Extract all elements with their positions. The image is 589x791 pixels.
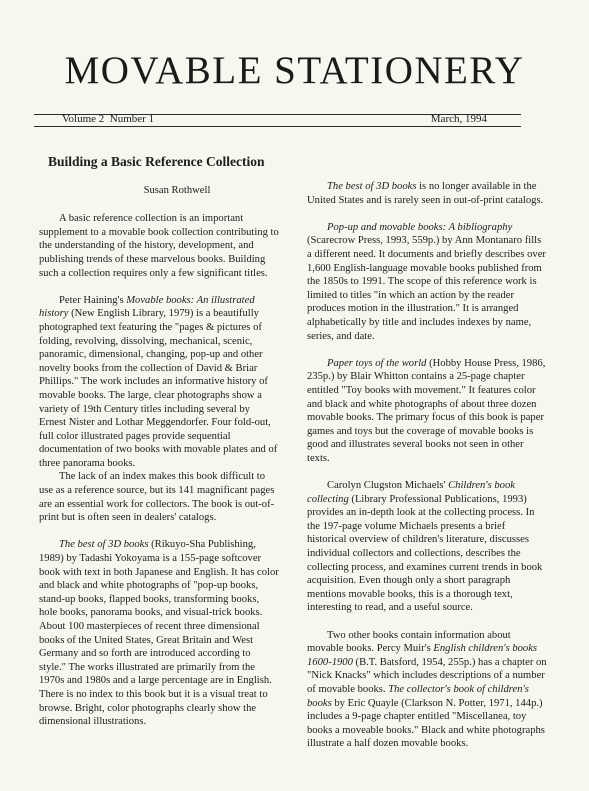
paragraph-text: (Scarecrow Press, 1993, 559p.) by Ann Mo… (307, 235, 546, 341)
paragraph-text: A basic reference collection is an impor… (39, 213, 279, 278)
paragraph-text: by Eric Quayle (Clarkson N. Potter, 1971… (307, 698, 545, 750)
issue-date: March, 1994 (431, 113, 487, 125)
article-paragraph: Peter Haining's Movable books: An illust… (39, 294, 279, 471)
left-column: Building a Basic Reference Collection Su… (39, 150, 279, 742)
paragraph-text: Carolyn Clugston Michaels' (327, 480, 448, 491)
masthead-title: MOVABLE STATIONERY (0, 48, 589, 93)
article-paragraph: A basic reference collection is an impor… (39, 212, 279, 280)
masthead-rule-bottom (34, 126, 521, 127)
article-paragraph: The best of 3D books (Rikuyo-Sha Publish… (39, 538, 279, 728)
right-column: The best of 3D books is no longer availa… (307, 180, 547, 765)
paragraph-text: (New English Library, 1979) is a beautif… (39, 308, 277, 469)
issue-number: Volume 2 Number 1 (62, 113, 154, 125)
article-paragraph: Two other books contain information abou… (307, 629, 547, 751)
article-paragraph: Carolyn Clugston Michaels' Children's bo… (307, 479, 547, 615)
article-paragraph: Paper toys of the world (Hobby House Pre… (307, 357, 547, 466)
article-paragraph: The lack of an index makes this book dif… (39, 470, 279, 524)
paragraph-text: (Rikuyo-Sha Publishing, 1989) by Tadashi… (39, 539, 279, 727)
book-title: The best of 3D books (327, 181, 416, 192)
paragraph-text: (Library Professional Publications, 1993… (307, 494, 542, 614)
book-title: Paper toys of the world (327, 358, 426, 369)
article-title: Building a Basic Reference Collection (48, 155, 279, 169)
article-paragraph: The best of 3D books is no longer availa… (307, 180, 547, 207)
paragraph-text: The lack of an index makes this book dif… (39, 471, 274, 523)
book-title: The best of 3D books (59, 539, 148, 550)
article-byline: Susan Rothwell (39, 184, 279, 198)
paragraph-text: (Hobby House Press, 1986, 235p.) by Blai… (307, 358, 545, 464)
issue-line: Volume 2 Number 1 March, 1994 (62, 113, 487, 125)
book-title: Pop-up and movable books: A bibliography (327, 222, 512, 233)
article-paragraph: Pop-up and movable books: A bibliography… (307, 221, 547, 343)
paragraph-text: Peter Haining's (59, 295, 126, 306)
